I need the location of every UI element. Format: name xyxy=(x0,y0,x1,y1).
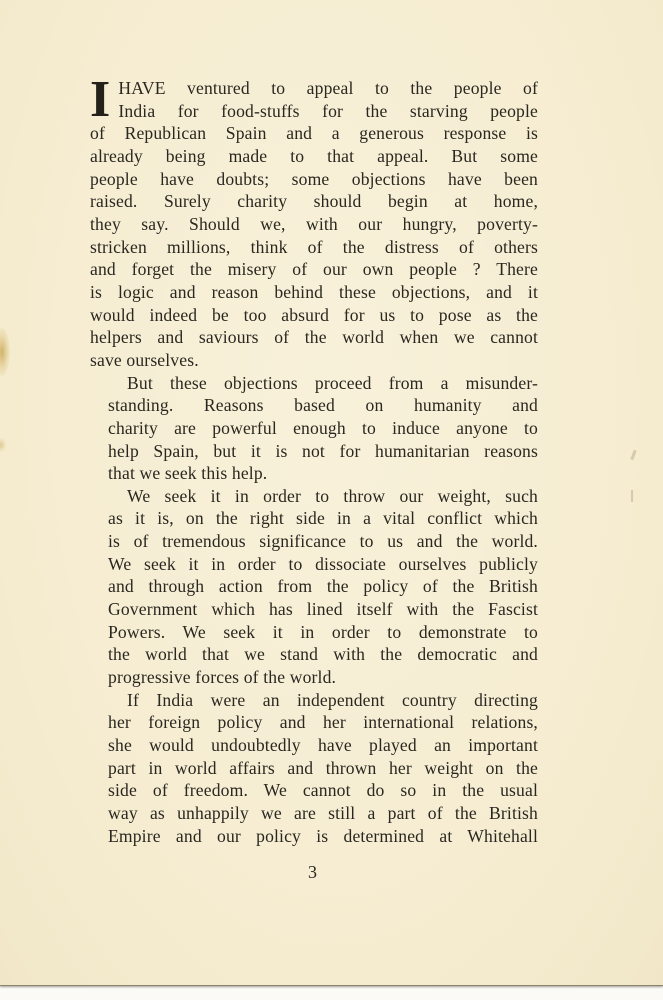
paragraph-3: We seek it in order to throw our weight,… xyxy=(90,485,538,689)
text-line: and forget the misery of our own people … xyxy=(90,258,538,281)
paragraph-1: I HAVE ventured to appeal to the people … xyxy=(90,77,538,372)
text-line: Government which has lined itself with t… xyxy=(90,598,538,621)
paragraph-4: If India were an independent country dir… xyxy=(90,689,538,848)
text-line: that we seek this help. xyxy=(90,462,538,485)
paper-blemish xyxy=(631,490,633,502)
text-line: helpers and saviours of the world when w… xyxy=(90,326,538,349)
text-line: But these objections proceed from a misu… xyxy=(90,372,538,395)
text-line: her foreign policy and her international… xyxy=(90,711,538,734)
text-line: already being made to that appeal. But s… xyxy=(90,145,538,168)
text-line: HAVE ventured to appeal to the people of xyxy=(90,77,538,100)
text-line: We seek it in order to throw our weight,… xyxy=(90,485,538,508)
text-line: would indeed be too absurd for us to pos… xyxy=(90,304,538,327)
drop-cap: I xyxy=(90,80,110,122)
text-line: We seek it in order to dissociate oursel… xyxy=(90,553,538,576)
paragraph-2: But these objections proceed from a misu… xyxy=(90,372,538,485)
text-line: way as unhappily we are still a part of … xyxy=(90,802,538,825)
text-line: side of freedom. We cannot do so in the … xyxy=(90,779,538,802)
text-line: as it is, on the right side in a vital c… xyxy=(90,507,538,530)
text-line: and through action from the policy of th… xyxy=(90,575,538,598)
text-line: Powers. We seek it in order to demonstra… xyxy=(90,621,538,644)
paper-blemish xyxy=(630,450,636,460)
text-line: they say. Should we, with our hungry, po… xyxy=(90,213,538,236)
text-line: part in world affairs and thrown her wei… xyxy=(90,757,538,780)
text-line: raised. Surely charity should begin at h… xyxy=(90,190,538,213)
text-line: If India were an independent country dir… xyxy=(90,689,538,712)
text-line: she would undoubtedly have played an imp… xyxy=(90,734,538,757)
text-line: the world that we stand with the democra… xyxy=(90,643,538,666)
text-line: standing. Reasons based on humanity and xyxy=(90,394,538,417)
text-line: progressive forces of the world. xyxy=(90,666,538,689)
text-line: people have doubts; some objections have… xyxy=(90,168,538,191)
book-page: I HAVE ventured to appeal to the people … xyxy=(0,0,663,986)
paper-stain xyxy=(0,328,10,376)
text-line: save ourselves. xyxy=(90,349,538,372)
text-line: India for food-stuffs for the starving p… xyxy=(90,100,538,123)
text-line: of Republican Spain and a generous respo… xyxy=(90,122,538,145)
text-line: is of tremendous significance to us and … xyxy=(90,530,538,553)
paper-stain xyxy=(0,438,6,452)
text-line: Empire and our policy is determined at W… xyxy=(90,825,538,848)
text-line: is logic and reason behind these objecti… xyxy=(90,281,538,304)
page-number: 3 xyxy=(0,862,625,883)
text-line: stricken millions, think of the distress… xyxy=(90,236,538,259)
text-line: help Spain, but it is not for humanitari… xyxy=(90,440,538,463)
body-text: I HAVE ventured to appeal to the people … xyxy=(90,77,538,847)
text-line: charity are powerful enough to induce an… xyxy=(90,417,538,440)
